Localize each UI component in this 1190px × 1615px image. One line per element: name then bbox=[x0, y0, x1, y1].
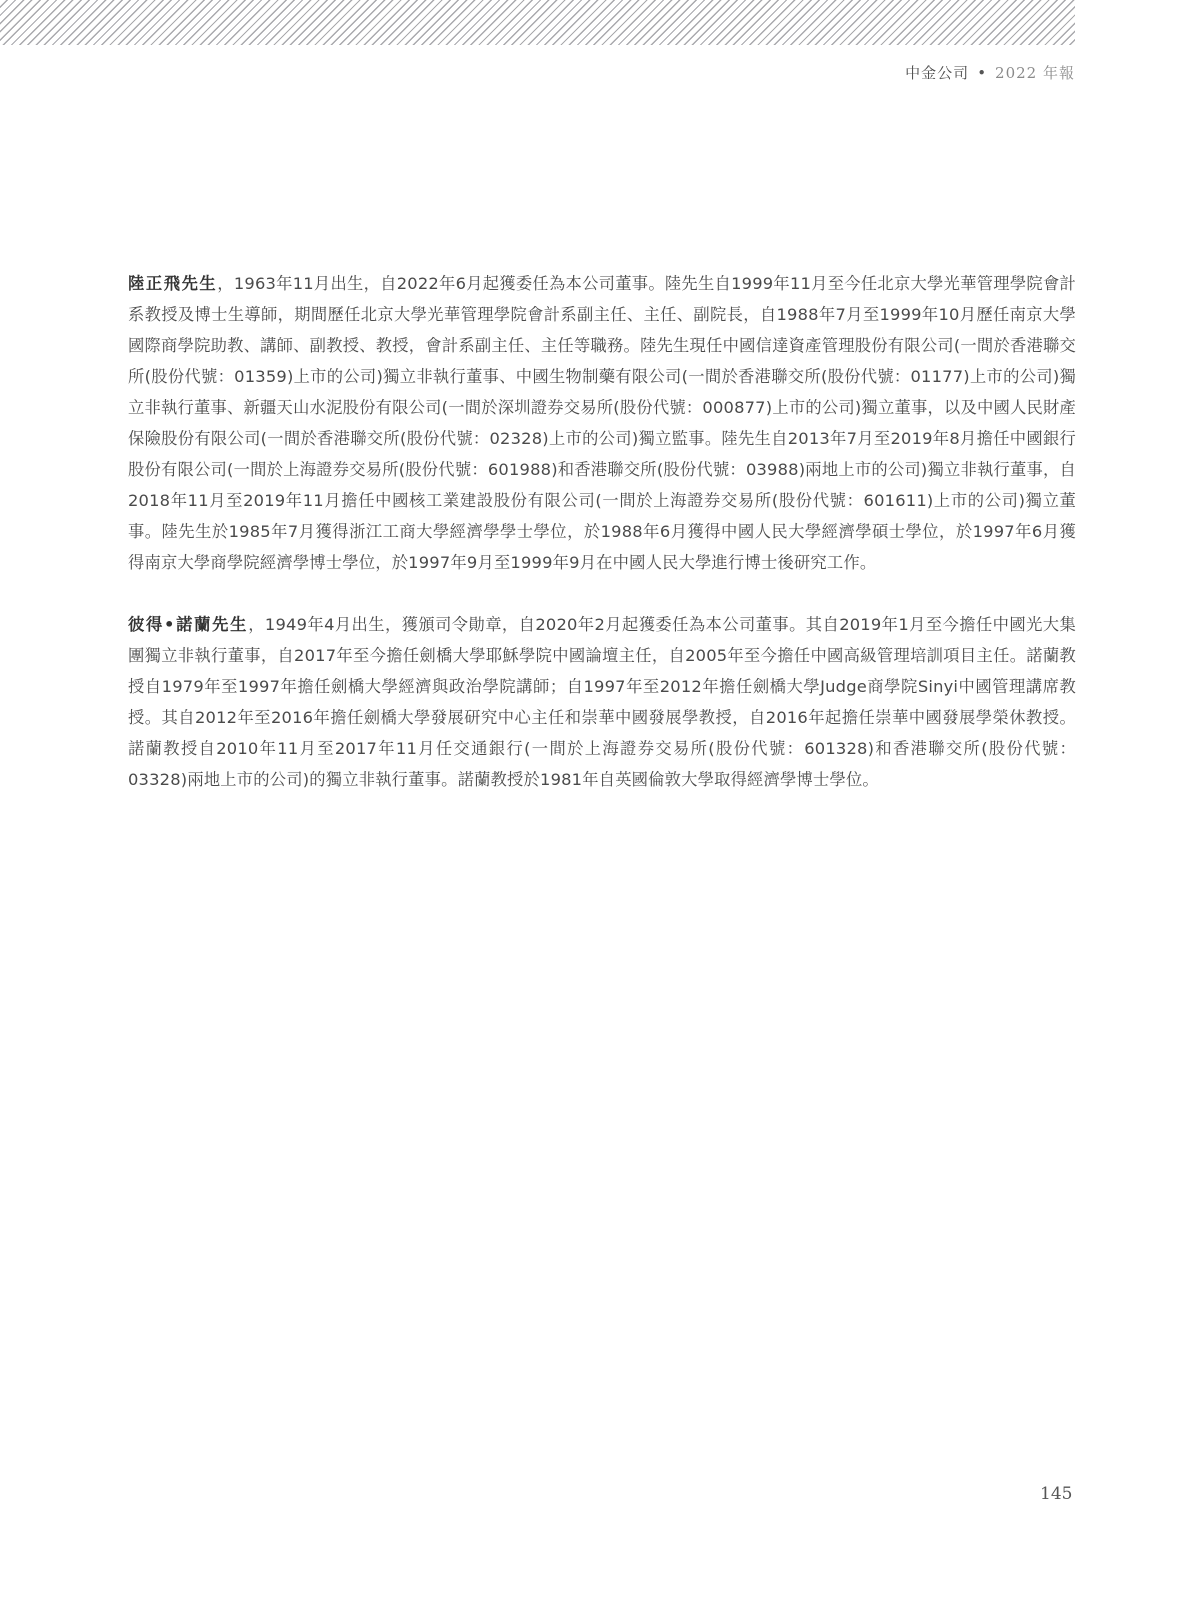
header-company: 中金公司 bbox=[905, 64, 969, 82]
header-separator: • bbox=[977, 64, 987, 82]
page-number: 145 bbox=[1040, 1484, 1072, 1504]
bio-name: 彼得•諾蘭先生 bbox=[128, 615, 248, 634]
bio-name: 陸正飛先生 bbox=[128, 274, 217, 293]
running-header: 中金公司•2022 年報 bbox=[905, 62, 1075, 83]
decorative-hatch-band bbox=[0, 0, 1075, 45]
bio-text: ，1963年11月出生，自2022年6月起獲委任為本公司董事。陸先生自1999年… bbox=[128, 274, 1076, 572]
bio-text: ，1949年4月出生，獲頒司令勛章，自2020年2月起獲委任為本公司董事。其自2… bbox=[128, 615, 1076, 789]
director-bios: 陸正飛先生，1963年11月出生，自2022年6月起獲委任為本公司董事。陸先生自… bbox=[128, 268, 1076, 826]
bio-paragraph-peter-nolan: 彼得•諾蘭先生，1949年4月出生，獲頒司令勛章，自2020年2月起獲委任為本公… bbox=[128, 609, 1076, 795]
header-report-title: 2022 年報 bbox=[995, 64, 1075, 82]
bio-paragraph-lu-zhengfei: 陸正飛先生，1963年11月出生，自2022年6月起獲委任為本公司董事。陸先生自… bbox=[128, 268, 1076, 578]
